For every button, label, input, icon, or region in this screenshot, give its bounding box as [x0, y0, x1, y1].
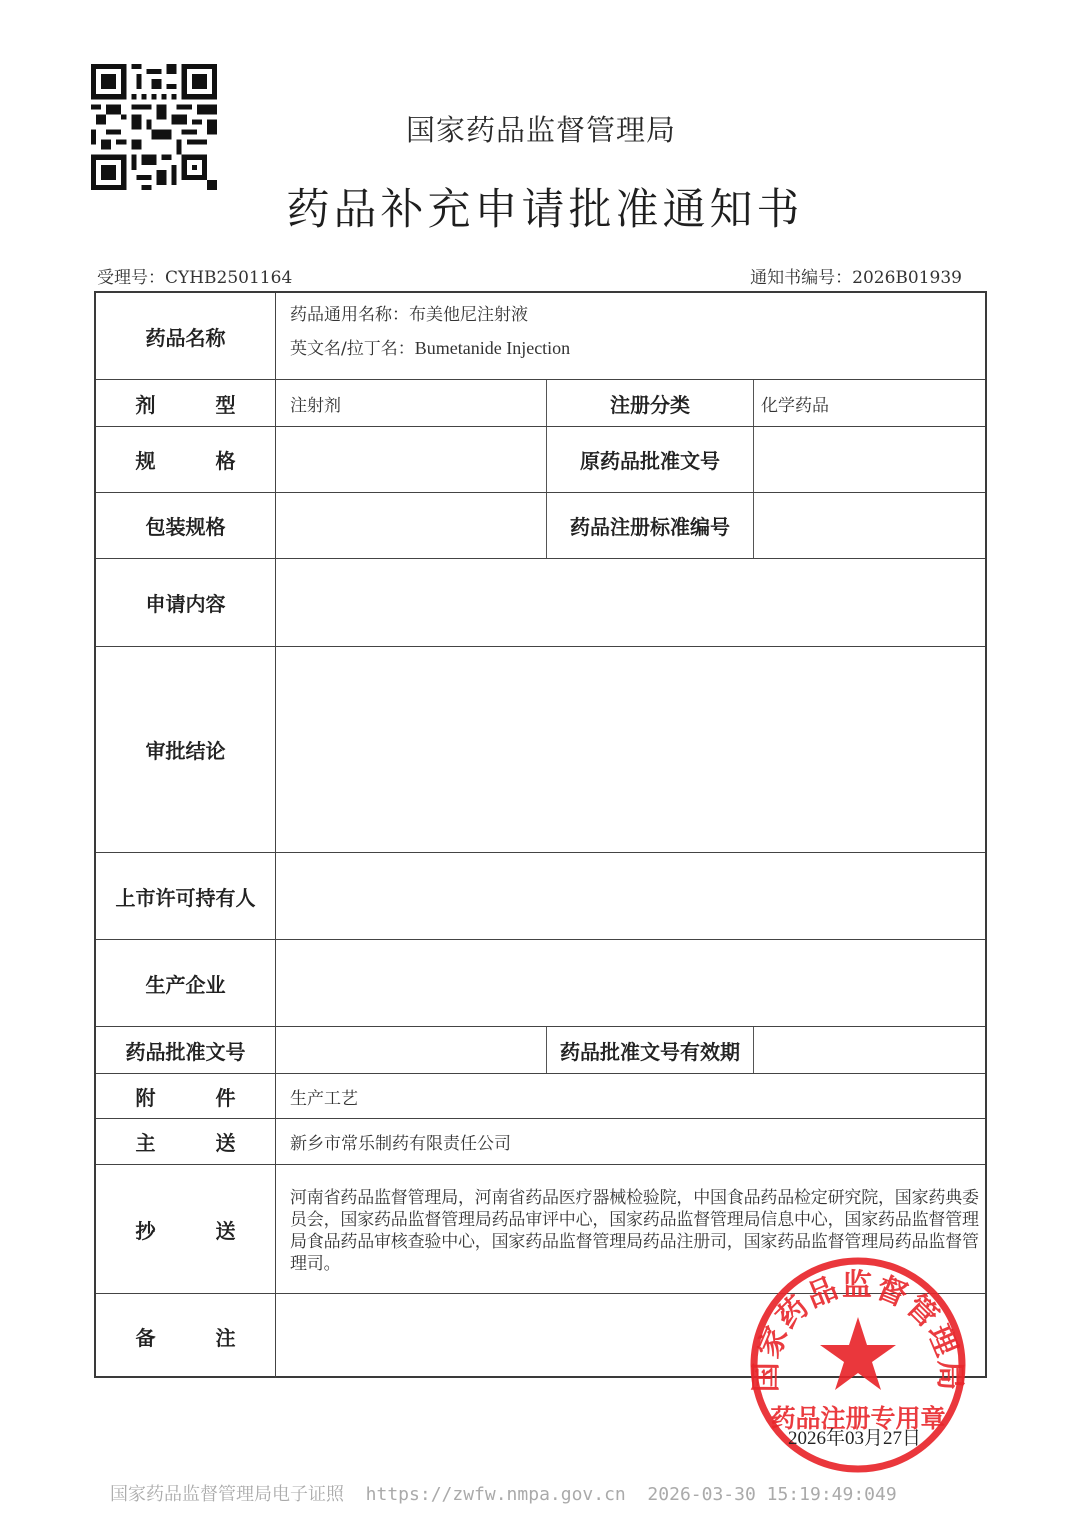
main-recipient-label: 主送	[96, 1119, 276, 1164]
notice-number: 通知书编号：2026B01939	[750, 263, 962, 288]
label-char: 抄	[136, 1215, 156, 1244]
registration-class-value: 化学药品	[753, 380, 985, 426]
row-main-recipient: 主送 新乡市常乐制药有限责任公司	[96, 1119, 985, 1165]
label-char: 注	[216, 1322, 236, 1351]
specification-label: 规格	[96, 427, 276, 492]
row-approval-number: 药品批准文号 药品批准文号有效期	[96, 1027, 985, 1074]
acceptance-number: 受理号：CYHB2501164	[97, 263, 292, 288]
cc-label: 抄送	[96, 1165, 276, 1293]
row-dosage-form: 剂型 注射剂 注册分类 化学药品	[96, 380, 985, 427]
dosage-form-value: 注射剂	[276, 380, 547, 426]
registration-standard-no-value	[753, 493, 985, 558]
row-application-content: 申请内容	[96, 559, 985, 647]
label-char: 件	[216, 1082, 236, 1111]
application-content-value	[276, 559, 985, 646]
original-approval-no-label: 原药品批准文号	[547, 427, 754, 492]
acceptance-number-label: 受理号：	[97, 268, 165, 288]
row-packaging: 包装规格 药品注册标准编号	[96, 493, 985, 559]
specification-value	[276, 427, 547, 492]
remarks-label: 备注	[96, 1294, 276, 1378]
approval-conclusion-value	[276, 647, 985, 852]
attachment-label: 附件	[96, 1074, 276, 1118]
generic-name-value: 布美他尼注射液	[409, 305, 528, 325]
approval-table: 药品名称 药品通用名称：布美他尼注射液 英文名/拉丁名：Bumetanide I…	[94, 291, 987, 1378]
acceptance-number-value: CYHB2501164	[165, 268, 292, 288]
approval-conclusion-label: 审批结论	[96, 647, 276, 852]
english-name-label: 英文名/拉丁名：	[290, 339, 415, 359]
drug-name-label: 药品名称	[96, 293, 276, 379]
seal-date: 2026年03月27日	[788, 1423, 921, 1450]
row-approval-conclusion: 审批结论	[96, 647, 985, 853]
footer-watermark: 国家药品监督管理局电子证照 https://zwfw.nmpa.gov.cn 2…	[110, 1480, 897, 1506]
label-char: 规	[136, 445, 156, 474]
drug-name-value: 药品通用名称：布美他尼注射液 英文名/拉丁名：Bumetanide Inject…	[276, 293, 985, 379]
registration-standard-no-label: 药品注册标准编号	[547, 493, 754, 558]
main-recipient-value: 新乡市常乐制药有限责任公司	[276, 1119, 985, 1164]
attachment-value: 生产工艺	[276, 1074, 985, 1118]
document-title: 药品补充申请批准通知书	[0, 176, 1078, 237]
manufacturer-label: 生产企业	[96, 940, 276, 1026]
row-manufacturer: 生产企业	[96, 940, 985, 1027]
packaging-value	[276, 493, 547, 558]
row-marketing-authorization-holder: 上市许可持有人	[96, 853, 985, 940]
row-drug-name: 药品名称 药品通用名称：布美他尼注射液 英文名/拉丁名：Bumetanide I…	[96, 293, 985, 380]
mah-label: 上市许可持有人	[96, 853, 276, 939]
label-char: 型	[216, 389, 236, 418]
approval-no-label: 药品批准文号	[96, 1027, 276, 1073]
application-content-label: 申请内容	[96, 559, 276, 646]
label-char: 格	[216, 445, 236, 474]
generic-name-label: 药品通用名称：	[290, 305, 409, 325]
label-char: 送	[216, 1215, 236, 1244]
original-approval-no-value	[753, 427, 985, 492]
organization-name: 国家药品监督管理局	[0, 108, 1078, 149]
notice-number-value: 2026B01939	[852, 268, 962, 288]
label-char: 主	[136, 1127, 156, 1156]
registration-class-label: 注册分类	[547, 380, 754, 426]
label-char: 备	[136, 1322, 156, 1351]
approval-validity-value	[753, 1027, 985, 1073]
notice-number-label: 通知书编号：	[750, 268, 852, 288]
label-char: 附	[136, 1082, 156, 1111]
row-attachment: 附件 生产工艺	[96, 1074, 985, 1119]
manufacturer-value	[276, 940, 985, 1026]
dosage-form-label: 剂型	[96, 380, 276, 426]
packaging-label: 包装规格	[96, 493, 276, 558]
row-specification: 规格 原药品批准文号	[96, 427, 985, 493]
approval-no-value	[276, 1027, 547, 1073]
english-name-value: Bumetanide Injection	[415, 338, 570, 358]
approval-validity-label: 药品批准文号有效期	[547, 1027, 754, 1073]
label-char: 剂	[136, 389, 156, 418]
mah-value	[276, 853, 985, 939]
label-char: 送	[216, 1127, 236, 1156]
